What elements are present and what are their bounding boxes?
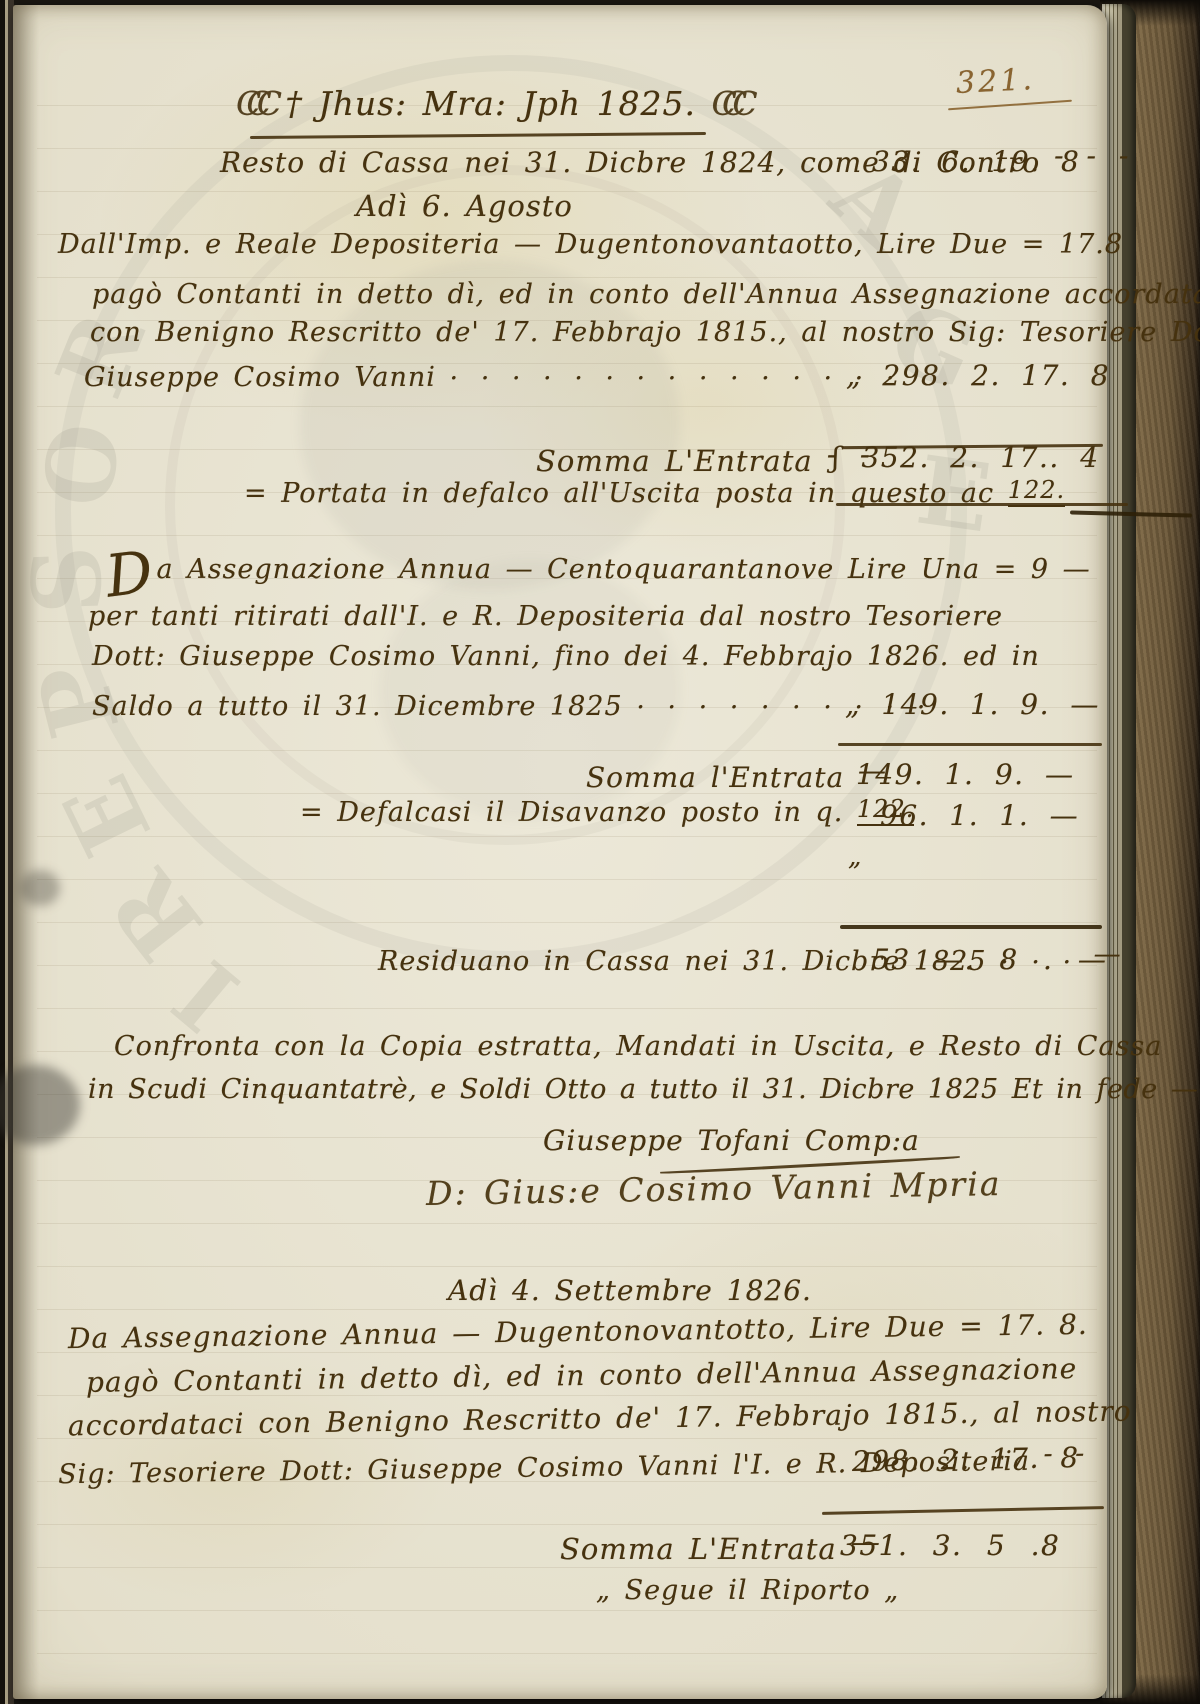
somma-amount: 149. 1. 9. — — [856, 758, 1074, 791]
defalco-text: = Portata in defalco all'Uscita posta in… — [244, 478, 994, 509]
somma-label: Somma l'Entrata — [586, 761, 844, 794]
signature-clerk: Giuseppe Tofani Comp:a — [543, 1124, 920, 1157]
residuano-amount: 53 —. 8 . — — [872, 943, 1107, 976]
folio-number: 321. — [955, 62, 1036, 101]
scroll-flourish-icon: CCC — [712, 84, 761, 123]
entry-text: Giuseppe Cosimo Vanni — [84, 362, 436, 393]
entry-text: a Assegnazione Annua — Centoquarantanove… — [157, 554, 1091, 585]
header-text: Jhus: Mra: Jph 1825. — [318, 84, 696, 123]
entry-amount: 298. 2. 17. 8 — [852, 1441, 1080, 1478]
attestation-line: in Scudi Cinquantatrè, e Soldi Otto a tu… — [88, 1074, 1198, 1105]
carryover-amount: 33. 6. 19. 8 — [872, 145, 1080, 178]
somma-amount: ʃ 352. 2. 17.. 4 — [832, 441, 1100, 474]
somma-label: Somma L'Entrata — [536, 444, 813, 478]
header-invocation: CCC† Jhus: Mra: Jph 1825. CCC — [236, 84, 761, 123]
entry-line: Da Assegnazione Annua — Centoquarantanov… — [106, 540, 1091, 608]
entry-amount: „ 149. 1. 9. — — [845, 688, 1100, 721]
left-page-edge — [0, 0, 14, 1704]
entry-amount: „ 298. 2. 17. 8 — [846, 359, 1110, 392]
drop-cap: D — [102, 537, 157, 610]
entry-text: Saldo a tutto il 31. Dicembre 1825 — [92, 691, 623, 722]
ink-rule — [838, 743, 1102, 746]
entry-line: Saldo a tutto il 31. Dicembre 1825 . . .… — [92, 684, 946, 722]
somma-line: Somma l'Entrata — ʃ — [586, 754, 902, 794]
leader-dots: . . . . . . . . . . . . . . . . . . . . … — [450, 355, 912, 386]
entry-line: Giuseppe Cosimo Vanni . . . . . . . . . … — [84, 355, 912, 393]
manuscript-scan: R O S P E R I A G E 321. CCC† Jhus: Mra:… — [0, 0, 1200, 1704]
entry-line: con Benigno Rescritto de' 17. Febbrajo 1… — [90, 317, 1200, 348]
somma-amount: 351. 3. 5 .8 — [840, 1529, 1060, 1562]
attestation-line: Confronta con la Copia estratta, Mandati… — [114, 1031, 1162, 1062]
entry-date-august: Adì 6. Agosto — [356, 189, 573, 223]
carry-forward-note: „ Segue il Riporto „ — [596, 1575, 899, 1606]
defalcasi-amount: 96. 1. 1. — — [880, 799, 1079, 832]
ink-rule-heavy — [840, 925, 1102, 929]
defalcasi-text: = Defalcasi il Disavanzo posto in q. — [300, 797, 843, 828]
entry-line: Dall'Imp. e Reale Depositeria — Dugenton… — [58, 229, 1123, 260]
defalcasi-line: = Defalcasi il Disavanzo posto in q. 122… — [300, 795, 914, 828]
entry-line: per tanti ritirati dall'I. e R. Deposite… — [88, 601, 1003, 632]
scroll-flourish-icon: CCC — [236, 84, 285, 123]
ditto-mark: „ — [848, 842, 862, 872]
entry-line: Dott: Giuseppe Cosimo Vanni, fino dei 4.… — [92, 641, 1040, 672]
account-reference: 122. — [1008, 476, 1065, 507]
entry-line: pagò Contanti in detto dì, ed in conto d… — [92, 279, 1200, 310]
entry-date-september: Adì 4. Settembre 1826. — [448, 1274, 812, 1307]
header-cross-icon: † — [285, 84, 303, 123]
defalco-line: = Portata in defalco all'Uscita posta in… — [244, 476, 1065, 509]
somma-label: Somma L'Entrata — [560, 1532, 837, 1566]
